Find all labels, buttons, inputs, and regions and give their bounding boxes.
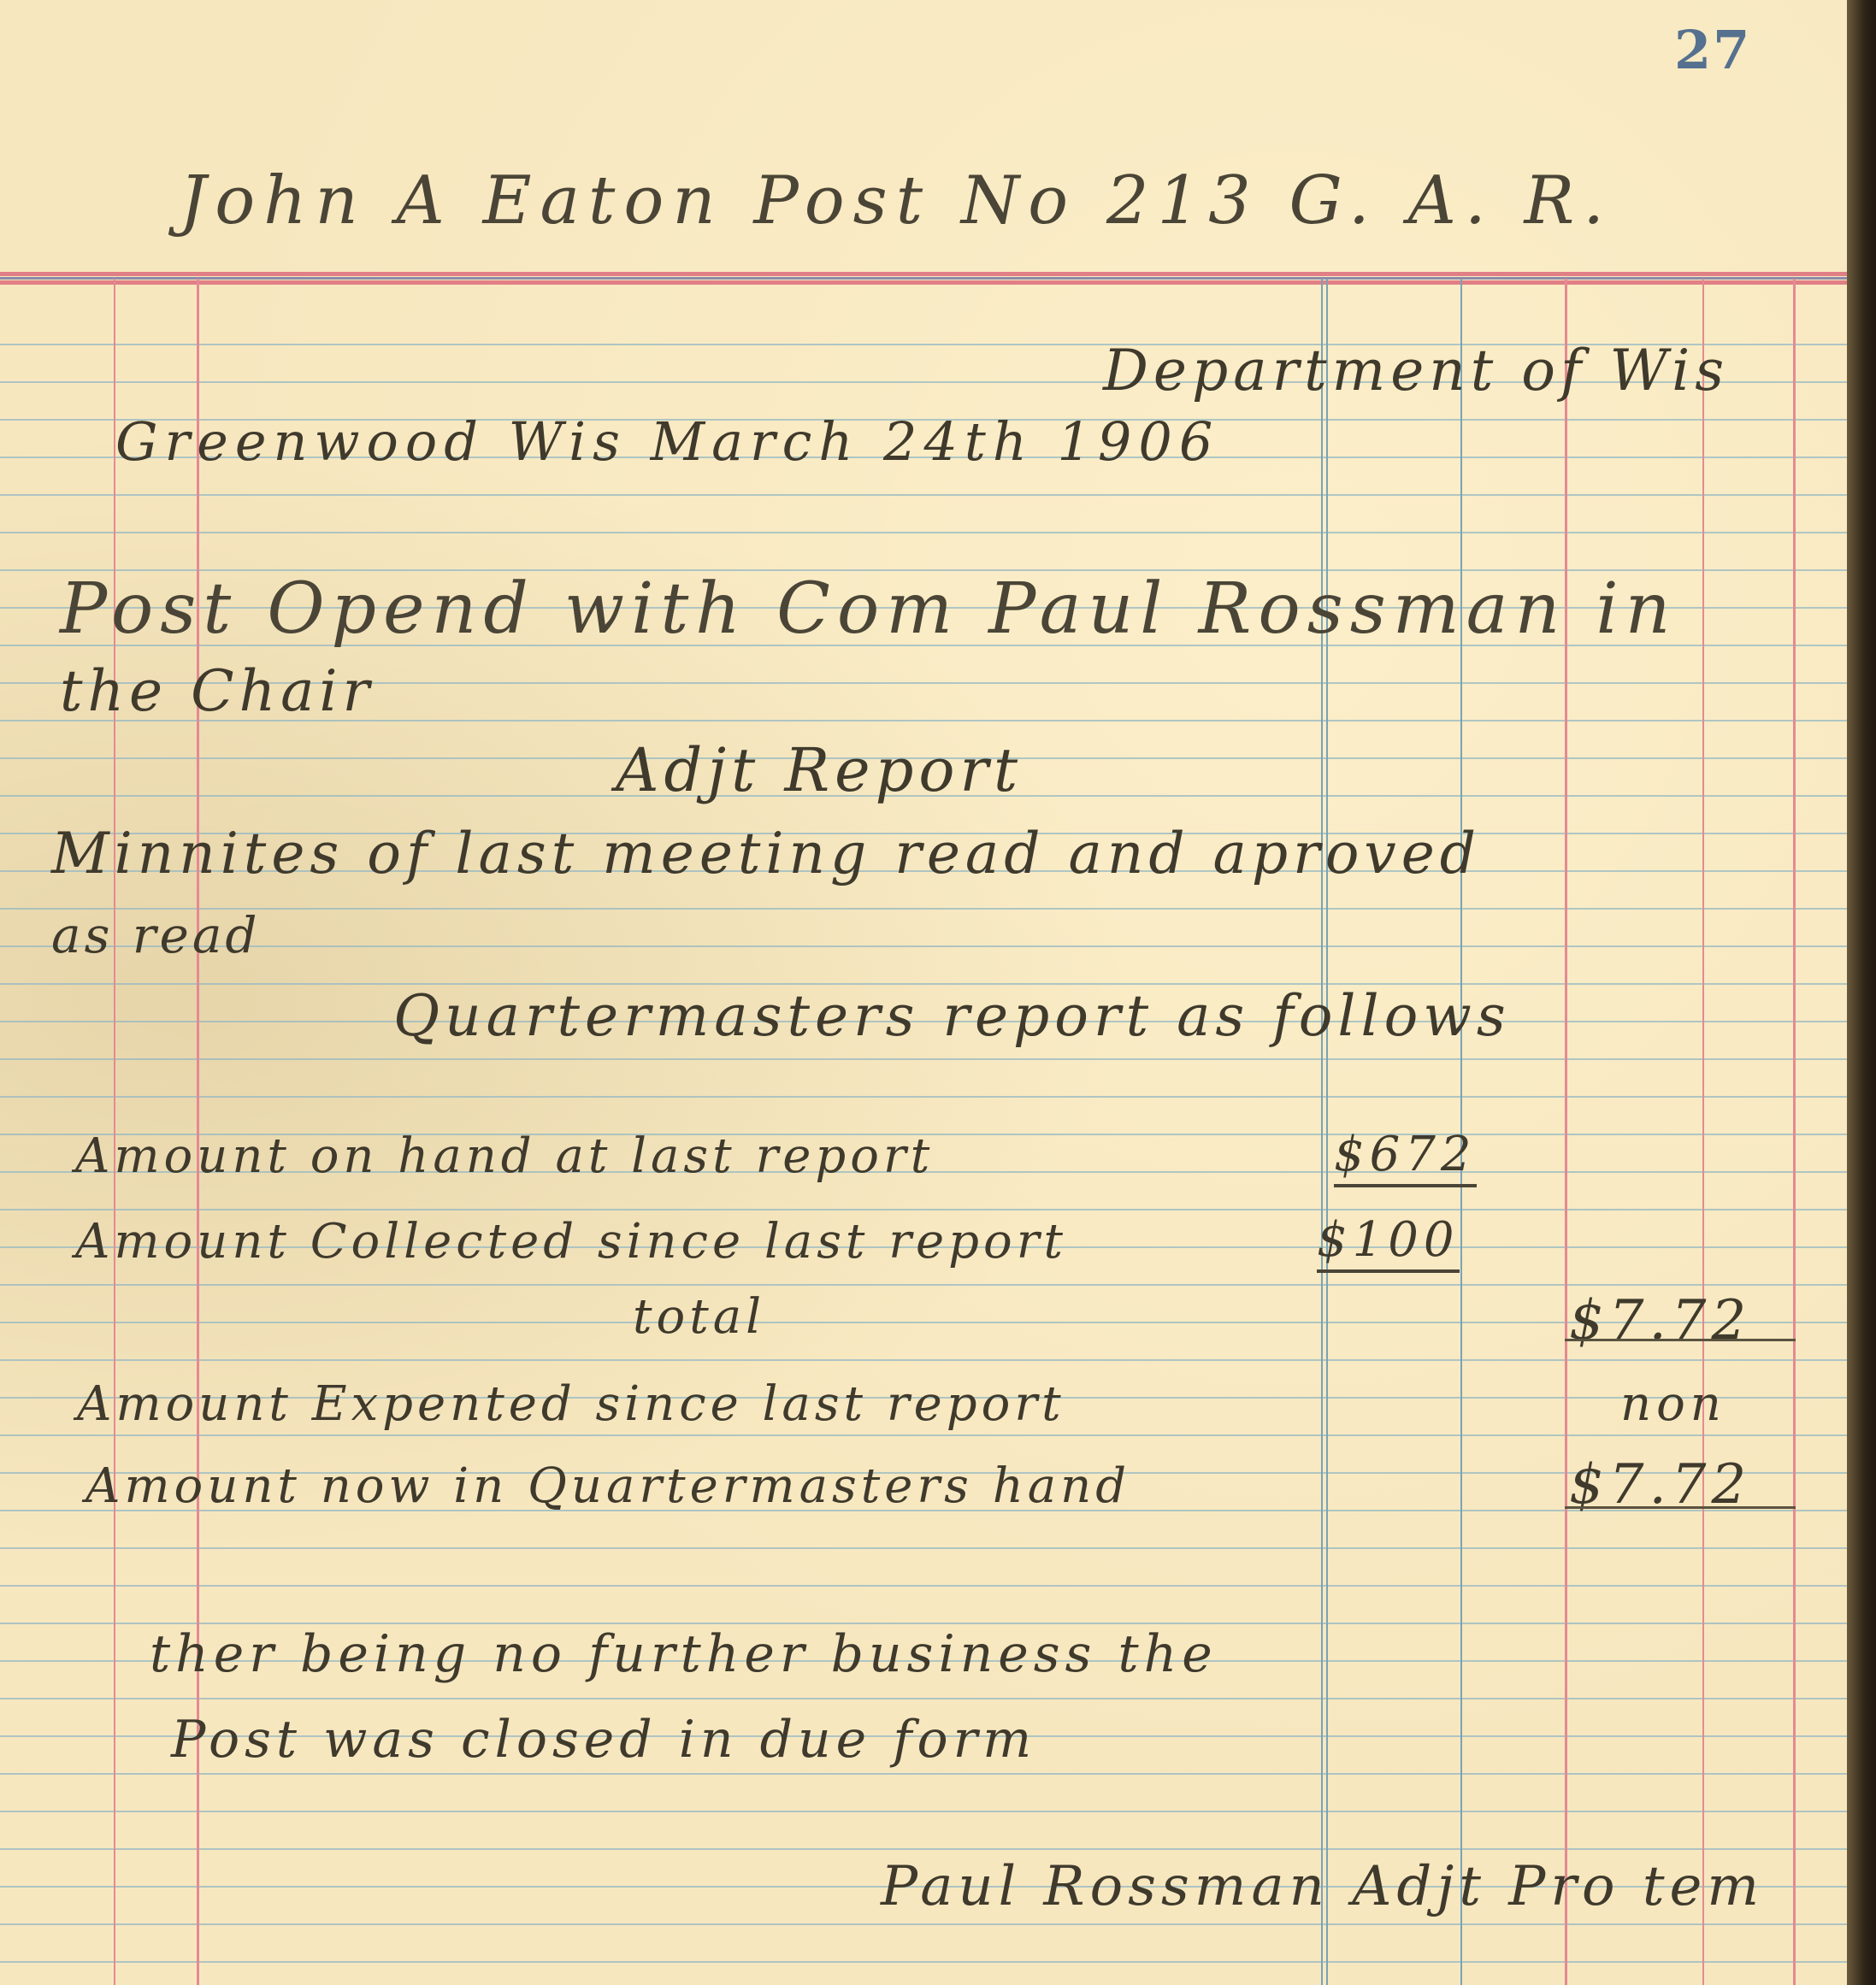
closing-line-2: Post was closed in due form [171, 1710, 1036, 1770]
minutes-line-2: as read [51, 906, 261, 964]
column-rule-red-3 [1793, 279, 1796, 1985]
department: Department of Wis [1103, 338, 1729, 403]
column-rule-blue-1a [1321, 279, 1323, 1985]
opening-line-1: Post Opend with Com Paul Rossman in [60, 568, 1677, 650]
header-rule-red-bottom [0, 280, 1847, 285]
header-rule-blue [0, 277, 1847, 280]
entry-amount-on-hand: $672 [1334, 1127, 1477, 1187]
post-title: John A Eaton Post No 213 G. A. R. [180, 162, 1613, 239]
total-underline [1565, 1339, 1796, 1341]
header-rule-red-top [0, 272, 1847, 276]
opening-line-2: the Chair [60, 658, 375, 724]
page-number: 27 [1674, 19, 1751, 81]
entry-amount-total: $7.72 [1569, 1289, 1751, 1352]
entry-amount-expended: non [1620, 1376, 1726, 1432]
signature: Paul Rossman Adjt Pro tem [881, 1855, 1764, 1918]
minutes-line-1: Minnites of last meeting read and aprove… [51, 821, 1481, 886]
entry-label-expended: Amount Expented since last report [77, 1376, 1065, 1432]
entry-amount-collected: $100 [1317, 1212, 1460, 1273]
ledger-page: 27 John A Eaton Post No 213 G. A. R. Dep… [0, 0, 1847, 1985]
column-rule-red-1 [1565, 279, 1567, 1985]
place-and-date: Greenwood Wis March 24th 1906 [115, 410, 1219, 473]
balance-underline [1565, 1506, 1796, 1509]
entry-label-on-hand: Amount on hand at last report [75, 1128, 934, 1184]
book-binding-edge [1847, 0, 1876, 1985]
entry-label-now-in-hand: Amount now in Quartermasters hand [86, 1458, 1130, 1514]
adjutant-report-heading: Adjt Report [616, 735, 1023, 805]
quartermaster-report-heading: Quartermasters report as follows [393, 983, 1511, 1049]
entry-label-total: total [633, 1289, 765, 1345]
entry-label-collected: Amount Collected since last report [75, 1214, 1067, 1269]
closing-line-1: ther being no further business the [150, 1624, 1218, 1684]
column-rule-red-2 [1702, 279, 1704, 1985]
column-rule-blue-1b [1326, 279, 1328, 1985]
